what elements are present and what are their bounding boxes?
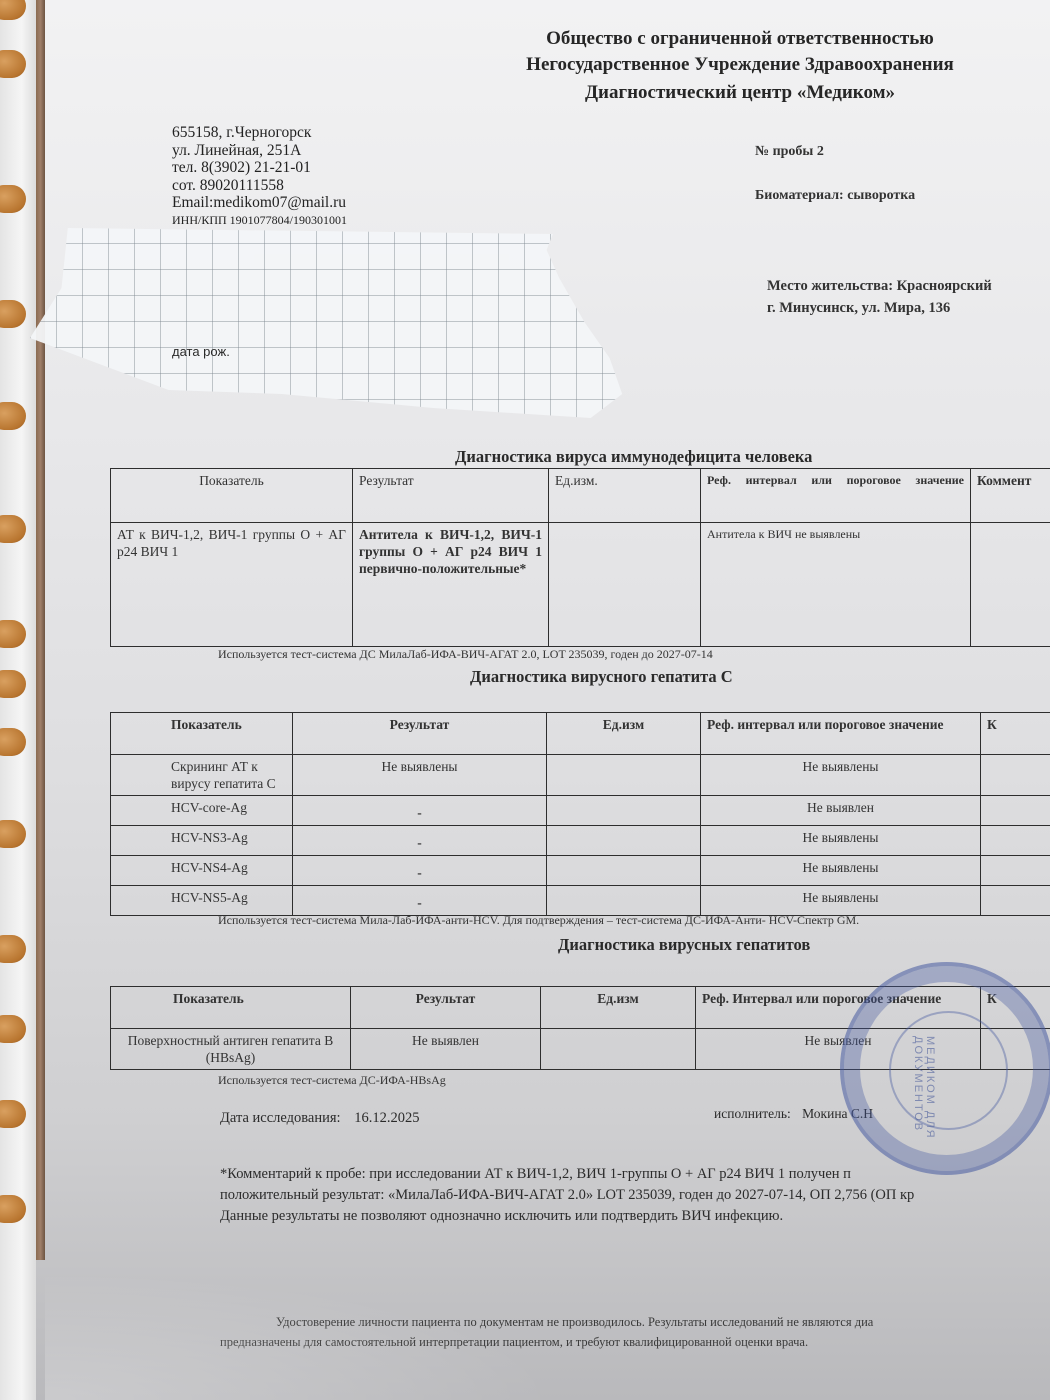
contact-block: 655158, г.Черногорск ул. Линейная, 251А … — [172, 124, 347, 229]
binder-hole — [0, 820, 26, 848]
binder-hole — [0, 515, 26, 543]
col-indicator: Показатель — [111, 713, 293, 755]
binder-hole — [0, 670, 26, 698]
comment-cell — [981, 796, 1050, 826]
org-name-line1: Общество с ограниченной ответственностью — [430, 26, 1050, 52]
col-indicator: Показатель — [111, 469, 353, 523]
reference-cell: Не выявлены — [701, 886, 981, 916]
biomaterial: Биоматериал: сыворотка — [755, 188, 915, 204]
sample-comment: *Комментарий к пробе: при исследовании А… — [220, 1164, 914, 1227]
binder-hole — [0, 620, 26, 648]
unit-cell — [549, 523, 701, 647]
col-unit: Ед.изм — [547, 713, 701, 755]
binder-hole — [0, 300, 26, 328]
comment-cell — [981, 886, 1050, 916]
torn-paper-cover — [30, 218, 660, 418]
indicator-cell: HCV-NS3-Ag — [111, 826, 293, 856]
result-cell: - — [293, 826, 547, 856]
reference-cell: Не выявлены — [701, 755, 981, 796]
hiv-test-system: Используется тест-система ДС МилаЛаб-ИФА… — [218, 647, 713, 662]
comment-line: *Комментарий к пробе: при исследовании А… — [220, 1164, 914, 1185]
result-cell: - — [293, 886, 547, 916]
col-reference: Реф. интервал или пороговое значение — [701, 469, 971, 523]
col-reference: Реф. интервал или пороговое значение — [701, 713, 981, 755]
col-comment: Коммент — [971, 469, 1050, 523]
study-date: Дата исследования: 16.12.2025 — [220, 1110, 419, 1127]
mobile-phone: сот. 89020111558 — [172, 177, 347, 195]
reference-cell: Не выявлены — [701, 856, 981, 886]
binder-hole — [0, 935, 26, 963]
hbv-test-system: Используется тест-система ДС-ИФА-HBsAg — [218, 1073, 446, 1088]
result-cell: Антитела к ВИЧ-1,2, ВИЧ-1 группы О + АГ … — [353, 523, 549, 647]
comment-line: Данные результаты не позволяют однозначн… — [220, 1206, 914, 1227]
table-row: HCV-NS3-Ag - Не выявлены — [111, 826, 1050, 856]
col-comment: К — [981, 713, 1050, 755]
reference-cell: Не выявлены — [701, 826, 981, 856]
unit-cell — [547, 826, 701, 856]
hiv-table: Показатель Результат Ед.изм. Реф. интерв… — [110, 468, 1050, 647]
org-name-line2: Негосударственное Учреждение Здравоохран… — [430, 52, 1050, 78]
email: Email:medikom07@mail.ru — [172, 194, 347, 212]
indicator-cell: Поверхностный антиген гепатита В (HBsAg) — [111, 1029, 351, 1070]
unit-cell — [547, 856, 701, 886]
study-date-value: 16.12.2025 — [354, 1110, 419, 1126]
sleeve-glare — [45, 1250, 645, 1400]
binder-hole — [0, 1100, 26, 1128]
dob-label: дата рож. — [172, 344, 230, 359]
table-header-row: Показатель Результат Ед.изм Реф. интерва… — [111, 713, 1050, 755]
result-cell: - — [293, 796, 547, 826]
residence-line1: Место жительства: Красноярский — [767, 278, 992, 295]
comment-cell — [981, 856, 1050, 886]
comment-line: положительный результат: «МилаЛаб-ИФА-ВИ… — [220, 1185, 914, 1206]
binder-hole — [0, 402, 26, 430]
comment-cell — [971, 523, 1050, 647]
comment-cell — [981, 755, 1050, 796]
hbv-section-title: Диагностика вирусных гепатитов — [558, 935, 810, 955]
indicator-cell: HCV-NS4-Ag — [111, 856, 293, 886]
stamp-text: МЕДИКОМ ДЛЯ ДОКУМЕНТОВ — [912, 1036, 936, 1171]
unit-cell — [541, 1029, 696, 1070]
hiv-section-title: Диагностика вируса иммунодефицита челове… — [455, 447, 812, 467]
binder-hole — [0, 1195, 26, 1223]
comment-cell — [981, 826, 1050, 856]
table-row: Скрининг АТ к вирусу гепатита С Не выявл… — [111, 755, 1050, 796]
org-name-line3: Диагностический центр «Медиком» — [430, 80, 1050, 106]
inn-kpp: ИНН/КПП 1901077804/190301001 — [172, 212, 347, 230]
indicator-cell: HCV-core-Ag — [111, 796, 293, 826]
binder-hole — [0, 50, 26, 78]
col-result: Результат — [353, 469, 549, 523]
table-header-row: Показатель Результат Ед.изм. Реф. интерв… — [111, 469, 1050, 523]
reference-cell: Антитела к ВИЧ не выявлены — [701, 523, 971, 647]
indicator-cell: HCV-NS5-Ag — [111, 886, 293, 916]
result-cell: Не выявлены — [293, 755, 547, 796]
indicator-cell: Скрининг АТ к вирусу гепатита С — [111, 755, 293, 796]
table-row: HCV-NS4-Ag - Не выявлены — [111, 856, 1050, 886]
official-stamp: МЕДИКОМ ДЛЯ ДОКУМЕНТОВ — [840, 962, 1050, 1175]
binder-hole — [0, 728, 26, 756]
binder-hole — [0, 185, 26, 213]
col-unit: Ед.изм — [541, 987, 696, 1029]
hcv-test-system: Используется тест-система Мила-Лаб-ИФА-а… — [218, 913, 859, 928]
unit-cell — [547, 886, 701, 916]
hcv-section-title: Диагностика вирусного гепатита С — [470, 667, 733, 687]
col-result: Результат — [293, 713, 547, 755]
stamp-inner-ring — [889, 1011, 1008, 1130]
unit-cell — [547, 796, 701, 826]
result-cell: Не выявлен — [351, 1029, 541, 1070]
indicator-cell: АТ к ВИЧ-1,2, ВИЧ-1 группы О + АГ р24 ВИ… — [111, 523, 353, 647]
reference-cell: Не выявлен — [701, 796, 981, 826]
folder-spine — [36, 0, 45, 1260]
executor-label: исполнитель: — [714, 1106, 791, 1121]
phone: тел. 8(3902) 21-21-01 — [172, 159, 347, 177]
col-unit: Ед.изм. — [549, 469, 701, 523]
table-row: АТ к ВИЧ-1,2, ВИЧ-1 группы О + АГ р24 ВИ… — [111, 523, 1050, 647]
col-result: Результат — [351, 987, 541, 1029]
binder-hole — [0, 1015, 26, 1043]
street-address: ул. Линейная, 251А — [172, 142, 347, 160]
unit-cell — [547, 755, 701, 796]
table-row: HCV-NS5-Ag - Не выявлены — [111, 886, 1050, 916]
hcv-table: Показатель Результат Ед.изм Реф. интерва… — [110, 712, 1050, 916]
result-cell: - — [293, 856, 547, 886]
plastic-sleeve — [0, 0, 36, 1400]
residence-line2: г. Минусинск, ул. Мира, 136 — [767, 300, 950, 317]
study-date-label: Дата исследования: — [220, 1110, 341, 1126]
col-indicator: Показатель — [111, 987, 351, 1029]
table-row: HCV-core-Ag - Не выявлен — [111, 796, 1050, 826]
binder-hole — [0, 0, 26, 20]
sample-number: № пробы 2 — [755, 144, 824, 160]
postal-address: 655158, г.Черногорск — [172, 124, 347, 142]
